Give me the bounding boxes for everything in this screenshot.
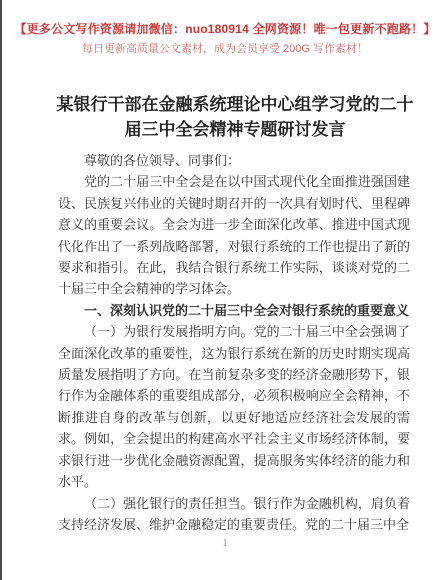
paragraph-body: 党的二十届三中全会是在以中国式现代化全面推进强国建设、民族复兴伟业的关键时期召开… bbox=[58, 171, 410, 299]
paragraph-heading1: 一、深刻认识党的二十届三中全会对银行系统的重要意义 bbox=[58, 300, 410, 321]
ad-banner: 【更多公文写作资源请加微信：nuo180914 全网资源！唯一包更新不跑路！】 … bbox=[2, 0, 448, 56]
paragraph-body: （二）强化银行的责任担当。银行作为金融机构，肩负着支持经济发展、维护金融稳定的重… bbox=[58, 493, 410, 536]
document-page: 【更多公文写作资源请加微信：nuo180914 全网资源！唯一包更新不跑路！】 … bbox=[0, 0, 448, 580]
paragraph-body: （一）为银行发展指明方向。党的二十届三中全会强调了全面深化改革的重要性，这为银行… bbox=[58, 321, 410, 492]
ad-banner-line1: 【更多公文写作资源请加微信：nuo180914 全网资源！唯一包更新不跑路！】 bbox=[2, 20, 448, 37]
document-title: 某银行干部在金融系统理论中心组学习党的二十届三中全会精神专题研讨发言 bbox=[52, 92, 418, 142]
paragraph-salutation: 尊敬的各位领导、同事们： bbox=[58, 150, 410, 171]
page-number: 1 bbox=[2, 538, 448, 549]
document-body: 尊敬的各位领导、同事们：党的二十届三中全会是在以中国式现代化全面推进强国建设、民… bbox=[58, 150, 410, 535]
ad-banner-line2: 每日更新高质量公文素材，成为会员享受 200G 写作素材！ bbox=[2, 40, 448, 56]
